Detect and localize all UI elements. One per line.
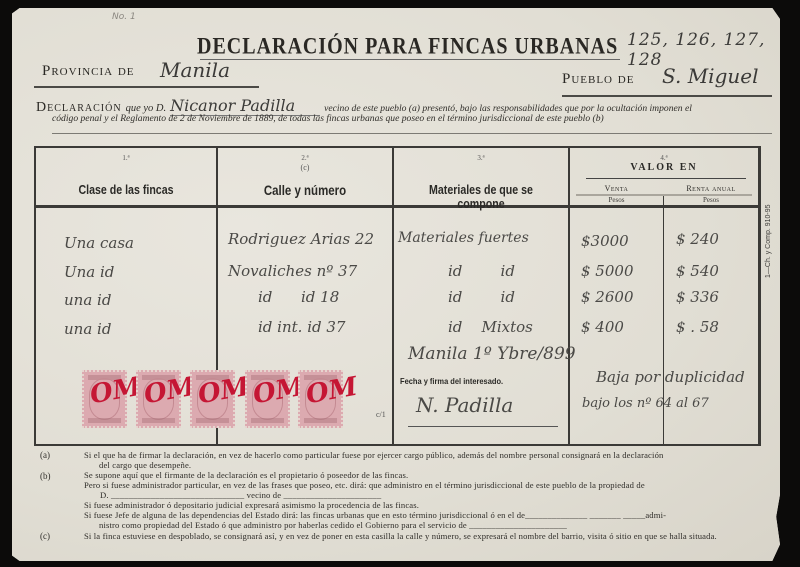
row1-venta: $3000: [581, 232, 629, 250]
note-b-line-3: D. ______________________________ vecino…: [100, 490, 780, 501]
pueblo-value: S. Miguel: [662, 64, 759, 88]
note-a-line-2: del cargo que desempeñe.: [99, 460, 779, 471]
valor-en-header: VALOR EN: [570, 162, 758, 173]
header-rule-2: [218, 205, 392, 208]
revenue-stamps: OM OM OM OM OM: [82, 370, 382, 432]
col-divider-2: [392, 148, 394, 444]
venta-unit: Pesos: [570, 196, 663, 204]
row2-venta: $ 5000: [581, 262, 634, 280]
row3-renta: $ 336: [676, 288, 719, 306]
provincia-label: Provincia de: [42, 63, 135, 80]
row1-materiales: Materiales fuertes: [398, 230, 529, 246]
properties-table: 1.ª Clase de las fincas 2.ª (c) Calle y …: [34, 146, 761, 446]
col2-header: Calle y número: [231, 183, 379, 198]
pueblo-label: Pueblo de: [562, 71, 634, 88]
margin-fraction: c/1: [376, 410, 386, 419]
form-title: DECLARACIÓN PARA FINCAS URBANAS: [197, 34, 618, 60]
col2-ordinal: 2.ª: [218, 154, 392, 162]
declaration-line-2: código penal y el Reglamento de 2 de Nov…: [52, 113, 604, 124]
note-b-line-1: Se supone aquí que el firmante de la dec…: [84, 470, 764, 481]
col3-header: Materiales de que se compone: [407, 183, 555, 211]
stamp: OM: [190, 370, 235, 428]
row4-renta: $ . 58: [676, 318, 719, 336]
note-b-line-2: Pero si fuese administrador particular, …: [84, 480, 764, 491]
note-c-line-1: Si la finca estuviese en despoblado, se …: [84, 531, 764, 542]
stamp: OM: [245, 370, 290, 428]
note-b-line-6: nistro como propiedad del Estado ó que a…: [99, 520, 779, 531]
valor-rule: [586, 178, 746, 179]
note-b-key: (b): [40, 471, 51, 482]
row2-calle: Novaliches nº 37: [228, 262, 357, 280]
col2-note: (c): [218, 163, 392, 172]
fecha-firma-label: Fecha y firma del interesado.: [400, 376, 503, 386]
row3-calle: id id 18: [258, 288, 339, 306]
col3-ordinal: 3.ª: [394, 154, 568, 162]
renta-unit: Pesos: [664, 196, 758, 204]
note-b-line-5: Si fuese Jefe de alguna de las dependenc…: [84, 510, 764, 521]
row2-renta: $ 540: [676, 262, 719, 280]
title-rule: [200, 59, 620, 60]
note-a-key: (a): [40, 450, 50, 461]
signature-line: [408, 426, 558, 427]
stamp: OM: [298, 370, 343, 428]
annotation-baja: Baja por duplicidad: [596, 368, 745, 386]
row1-renta: $ 240: [676, 230, 719, 248]
row4-venta: $ 400: [581, 318, 624, 336]
tax-declaration-form: No. 1 DECLARACIÓN PARA FINCAS URBANAS 12…: [12, 8, 780, 561]
provincia-underline: [34, 86, 259, 88]
provincia-value: Manila: [160, 58, 230, 82]
header-rule-4: [570, 205, 758, 208]
row1-clase: Una casa: [64, 234, 134, 252]
col4-ordinal: 4.ª: [570, 154, 758, 162]
renta-header: Renta anual: [664, 184, 758, 193]
row3-materiales: id id: [448, 288, 515, 306]
col1-ordinal: 1.ª: [36, 154, 216, 162]
row2-materiales: id id: [448, 262, 515, 280]
note-c-key: (c): [40, 531, 50, 542]
stamp: OM: [82, 370, 127, 428]
annotation-numbers: bajo los nº 64 al 67: [582, 396, 709, 411]
pencil-note: No. 1: [112, 12, 136, 22]
declaration-rule: [52, 133, 772, 134]
row3-venta: $ 2600: [581, 288, 634, 306]
row1-calle: Rodriguez Arias 22: [228, 230, 374, 248]
signature: N. Padilla: [416, 393, 513, 417]
row4-calle: id int. id 37: [258, 318, 345, 336]
note-a-line-1: Si el que ha de firmar la declaración, e…: [84, 450, 764, 461]
venta-header: Venta: [570, 184, 663, 193]
row2-clase: Una id: [64, 263, 114, 281]
row4-materiales: id Mixtos: [448, 318, 533, 336]
date-line: Manila 1º Ybre/899: [408, 344, 576, 364]
header-rule-1: [36, 205, 216, 208]
row3-clase: una id: [64, 291, 111, 309]
printer-mark: 1—Ch. y Comp. 910-95: [765, 204, 772, 278]
col1-header: Clase de las fincas: [50, 183, 203, 197]
stamp: OM: [136, 370, 181, 428]
note-b-line-4: Si fuese administrador ó depositario jud…: [84, 500, 764, 511]
row4-clase: una id: [64, 320, 111, 338]
